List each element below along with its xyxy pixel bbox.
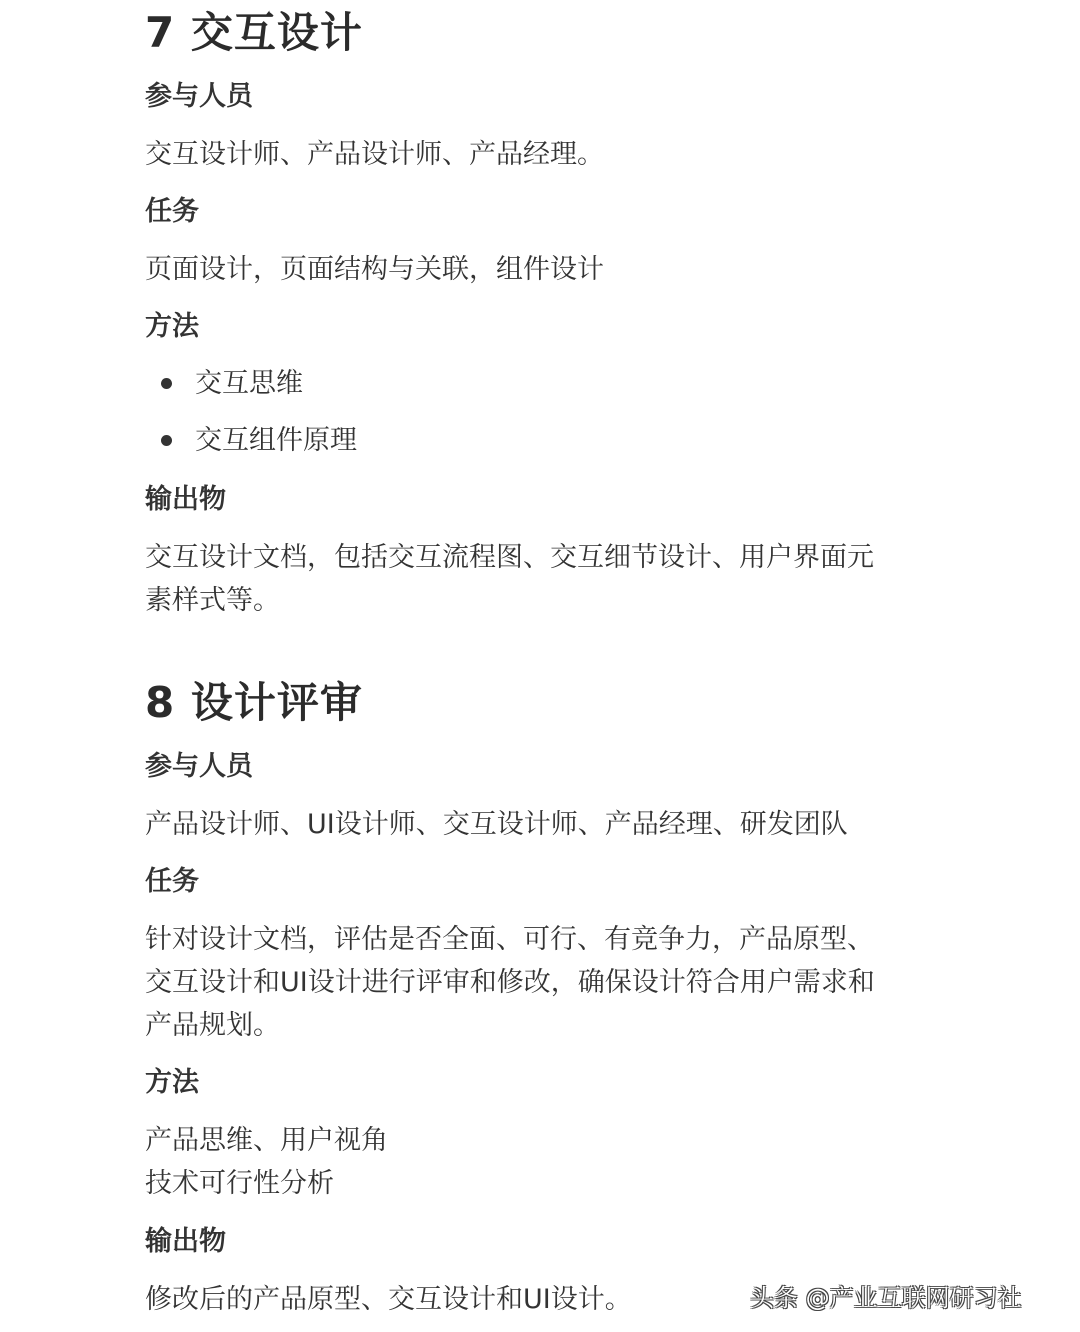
task-text-line: 产品规划。 <box>145 1004 280 1047</box>
list-item-text: 交互思维 <box>195 364 303 404</box>
output-heading: 输出物 <box>145 1228 226 1255</box>
task-text-line: 针对设计文档，评估是否全面、可行、有竞争力，产品原型、 <box>145 918 874 961</box>
watermark: 头条 @产业互联网研习社 <box>750 1278 1022 1313</box>
task-text-line: 交互设计和UI设计进行评审和修改，确保设计符合用户需求和 <box>145 961 875 1004</box>
section-title: 8 设计评审 <box>145 682 363 724</box>
list-item-text: 交互组件原理 <box>195 421 357 461</box>
section-title: 7 交互设计 <box>145 12 363 54</box>
bullet-icon <box>161 435 172 446</box>
output-text-line: 素样式等。 <box>145 579 280 622</box>
participants-heading: 参与人员 <box>145 83 253 110</box>
participants-text: 产品设计师、UI设计师、交互设计师、产品经理、研发团队 <box>145 803 848 846</box>
method-text-line: 产品思维、用户视角 <box>145 1119 388 1162</box>
output-text-line: 交互设计文档，包括交互流程图、交互细节设计、用户界面元 <box>145 536 874 579</box>
participants-heading: 参与人员 <box>145 753 253 780</box>
task-text: 页面设计，页面结构与关联，组件设计 <box>145 248 604 291</box>
participants-text: 交互设计师、产品设计师、产品经理。 <box>145 133 604 176</box>
method-heading: 方法 <box>145 1069 199 1096</box>
task-heading: 任务 <box>145 868 199 895</box>
output-heading: 输出物 <box>145 486 226 513</box>
bullet-icon <box>161 378 172 389</box>
task-heading: 任务 <box>145 198 199 225</box>
method-heading: 方法 <box>145 313 199 340</box>
method-text-line: 技术可行性分析 <box>145 1162 334 1205</box>
output-text: 修改后的产品原型、交互设计和UI设计。 <box>145 1278 632 1321</box>
